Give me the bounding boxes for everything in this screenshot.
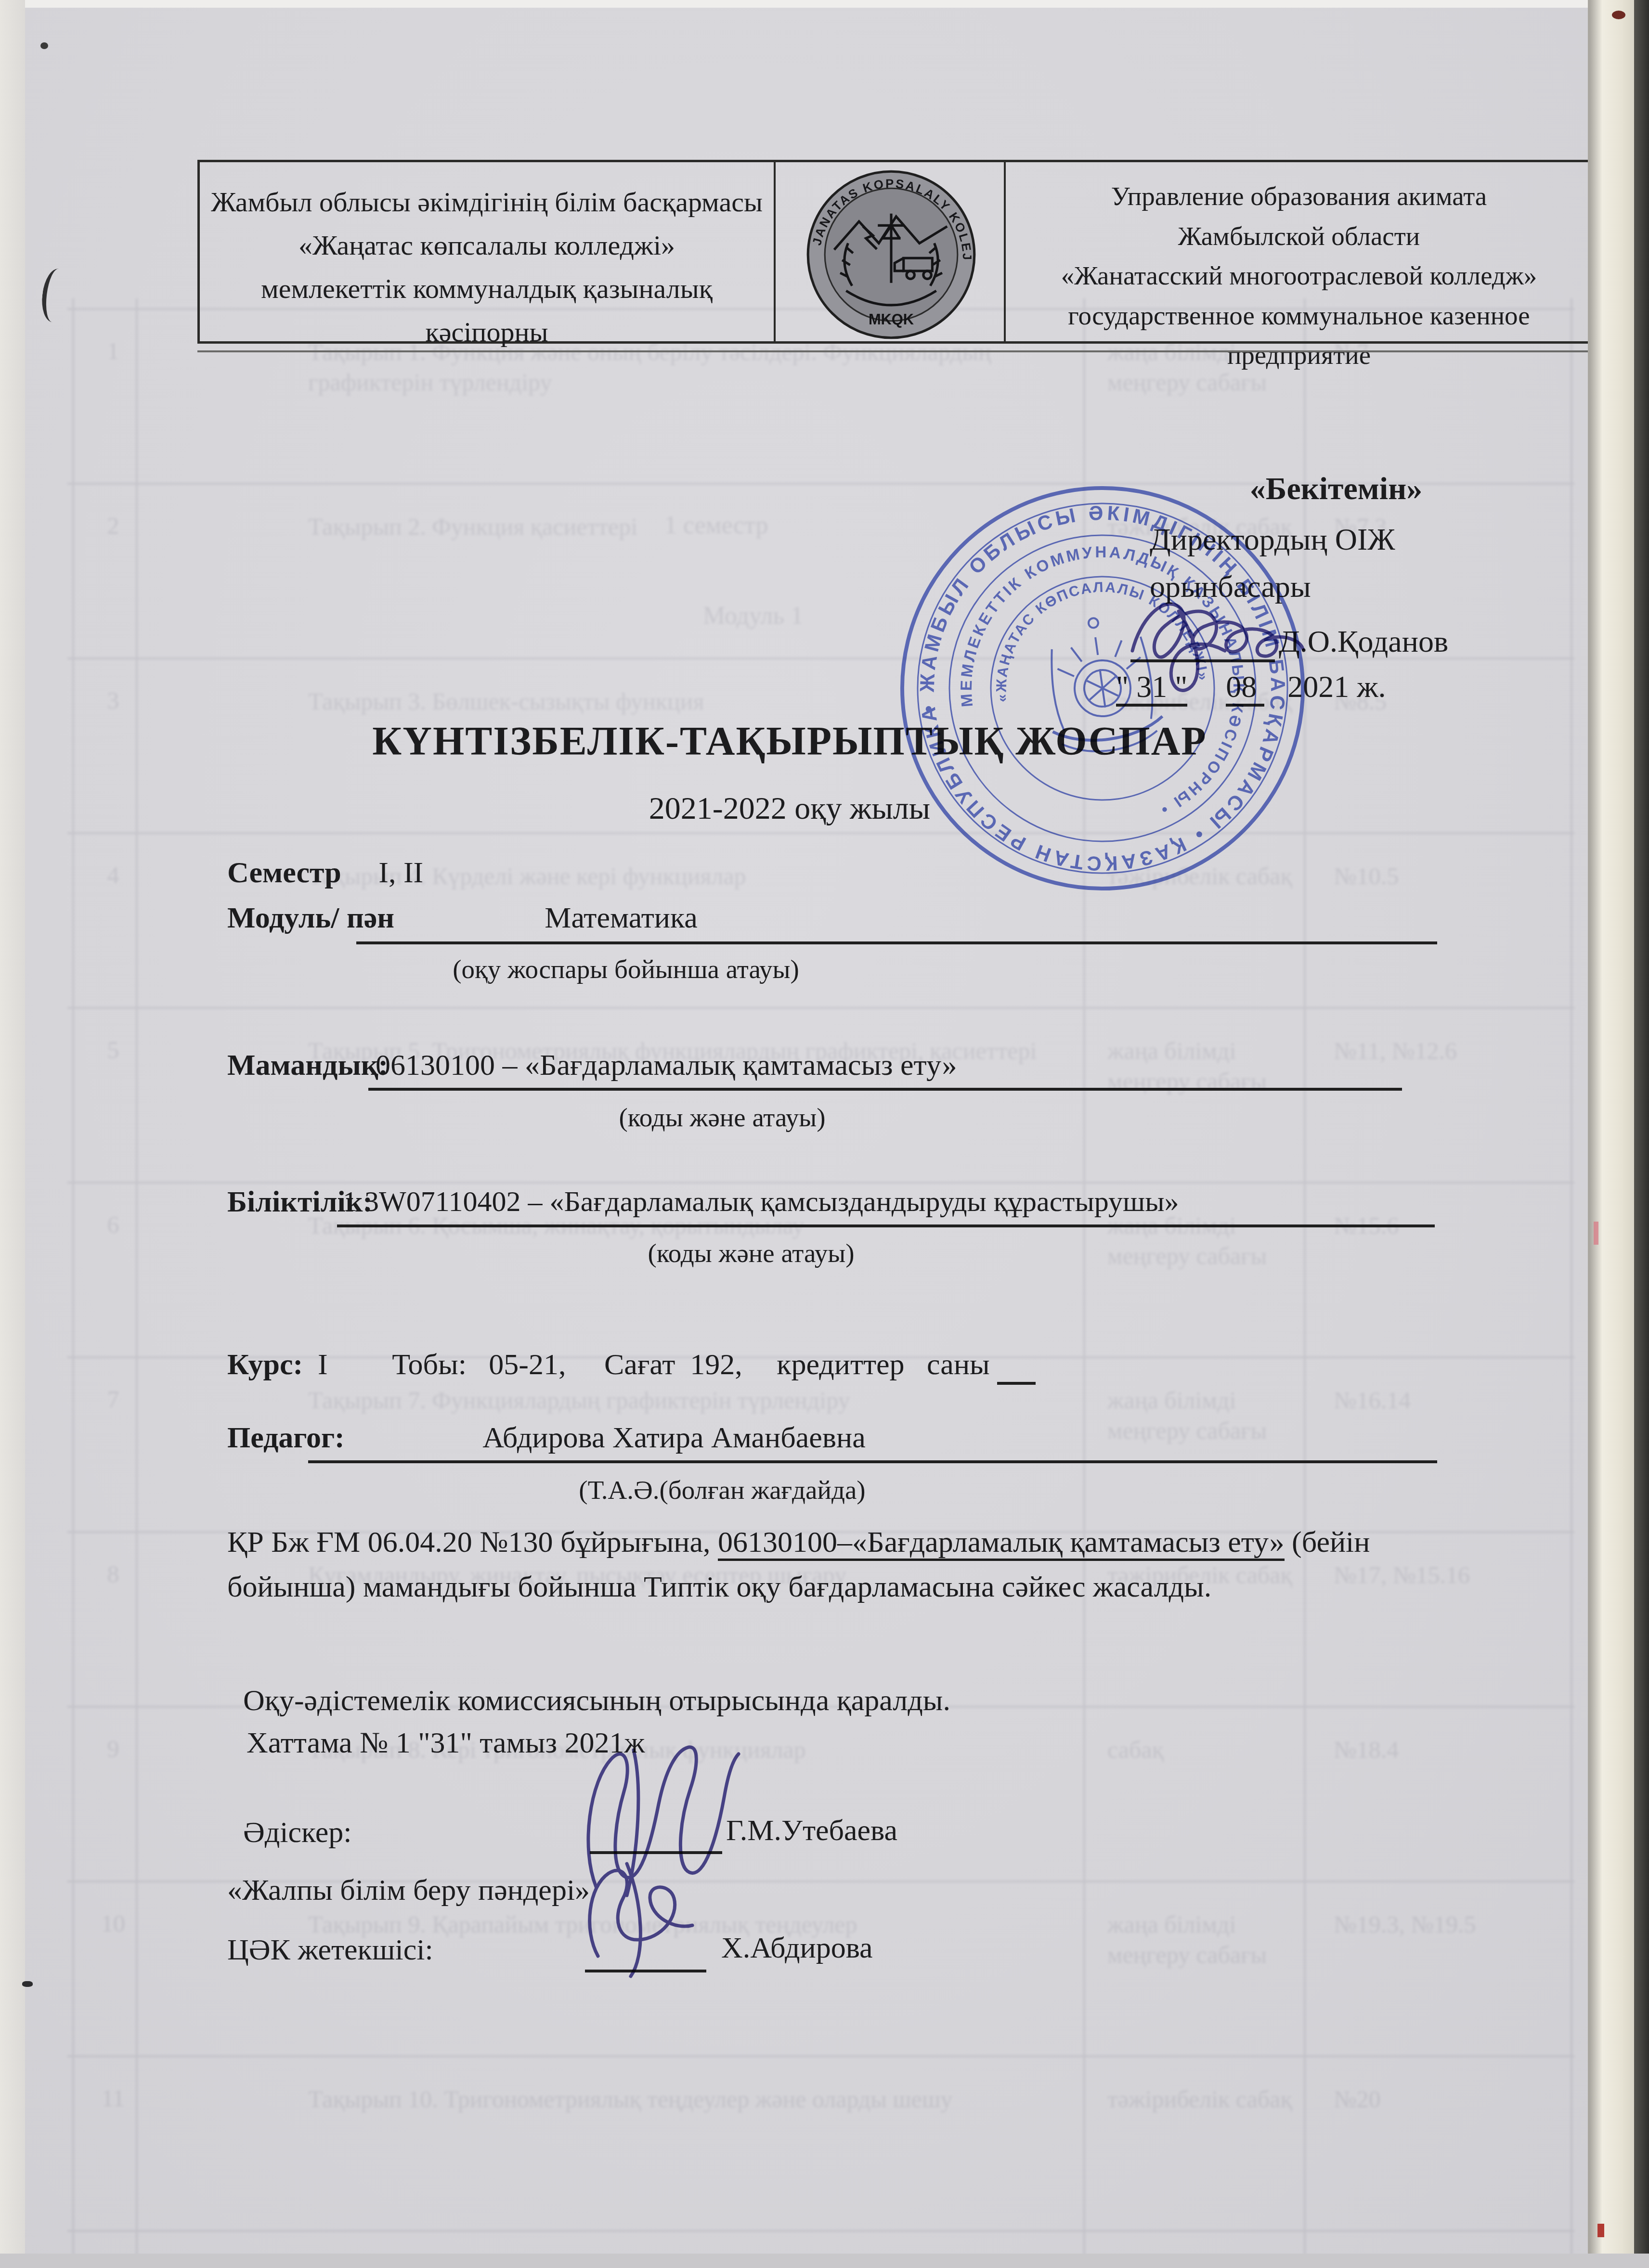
hours-label: Сағат xyxy=(604,1348,675,1381)
chair-signature-line xyxy=(585,1933,706,1972)
red-speck xyxy=(1612,11,1625,19)
date-day: " 31 " xyxy=(1116,670,1187,707)
college-seal-logo: JANATAS KOPSALALY KOLEJI MKQK xyxy=(805,168,978,341)
director-signature-line xyxy=(1130,631,1275,662)
semester-value: I, II xyxy=(378,856,423,889)
org-left-line3: мемлекеттік коммуналдық қазыналық кәсіпо… xyxy=(200,267,774,354)
scan-edge-right-dark xyxy=(1634,0,1649,2268)
ghost-season: 1 семестр xyxy=(664,511,768,540)
teacher-value: Абдирова Хатира Аманбаевна xyxy=(332,1421,1016,1455)
semester-label: Семестр xyxy=(227,856,341,889)
red-edge-mark xyxy=(1597,2224,1604,2237)
academic-year-subtitle: 2021-2022 оқу жылы xyxy=(193,790,1387,827)
table-shadow-line xyxy=(197,350,1593,352)
module-caption: (оқу жоспары бойынша атауы) xyxy=(356,954,896,984)
scan-edge-bottom xyxy=(0,2254,1649,2268)
org-right-line5: предприятие xyxy=(1008,335,1590,375)
org-right-line2: Жамбылской области xyxy=(1008,217,1590,257)
letterhead-table: Жамбыл облысы әкімдігінің білім басқарма… xyxy=(197,160,1593,344)
pen-arc-mark xyxy=(39,267,72,324)
hours-value: 192, xyxy=(690,1348,742,1381)
org-right-line3: «Жанатасский многоотраслевой колледж» xyxy=(1008,256,1590,296)
committee-line1: Оқу-әдістемелік комиссиясының отырысында… xyxy=(243,1684,950,1718)
methodist-name: Г.М.Утебаева xyxy=(726,1814,897,1848)
course-value: I xyxy=(318,1348,328,1381)
ink-speck xyxy=(40,42,48,49)
approval-date: " 31 " 08 2021 ж. xyxy=(1116,669,1386,705)
logo-bottom-text: MKQK xyxy=(869,311,914,328)
course-label: Курс: xyxy=(227,1348,303,1381)
scan-edge-top xyxy=(0,0,1649,8)
approve-word: «Бекітемін» xyxy=(1223,471,1449,507)
logo-cell: JANATAS KOPSALALY KOLEJI MKQK xyxy=(776,162,1006,341)
group-label: Тобы: xyxy=(392,1348,467,1381)
scan-edge-left xyxy=(0,0,25,2268)
org-left-line2: «Жаңатас көпсалалы колледжі» xyxy=(200,224,774,267)
basis-underlined: 06130100–«Бағдарламалық қамтамасыз ету» xyxy=(718,1526,1284,1561)
org-name-russian: Управление образования акимата Жамбылско… xyxy=(1008,162,1590,341)
basis-before: ҚР Бж ҒМ 06.04.20 №130 бұйрығына, xyxy=(227,1526,718,1559)
course-row: Курс: I Тобы: 05-21, Сағат 192, кредитте… xyxy=(227,1348,1036,1385)
approve-line2: орынбасары xyxy=(1150,569,1311,605)
committee-line2: Хаттама № 1 "31" тамыз 2021ж xyxy=(247,1726,645,1760)
org-right-line1: Управление образования акимата xyxy=(1008,177,1590,217)
group-value: 05-21, xyxy=(489,1348,566,1381)
specialty-caption: (коды және атауы) xyxy=(409,1102,1035,1133)
module-value: Математика xyxy=(356,901,886,935)
qualification-caption: (коды және атауы) xyxy=(433,1238,1069,1268)
org-name-kazakh: Жамбыл облысы әкімдігінің білім басқарма… xyxy=(200,162,776,341)
chair-label: ЦӘК жетекшісі: xyxy=(227,1933,433,1967)
department-name: «Жалпы білім беру пәндері» xyxy=(227,1873,590,1907)
methodist-signature-line xyxy=(590,1816,722,1854)
basis-paragraph: ҚР Бж ҒМ 06.04.20 №130 бұйрығына, 061301… xyxy=(227,1520,1443,1610)
chair-name: Х.Абдирова xyxy=(721,1931,873,1965)
date-month: 08 xyxy=(1226,670,1264,707)
org-right-line4: государственное коммунальное казенное xyxy=(1008,296,1590,336)
scan-edge-right-paper xyxy=(1588,0,1637,2268)
date-year: 2021 ж. xyxy=(1287,670,1386,704)
semester-row: Семестр I, II xyxy=(227,856,423,890)
qualification-value: 1 3W07110402 – «Бағдарламалық қамсызданд… xyxy=(343,1185,1179,1218)
director-name: Д.О.Қоданов xyxy=(1279,624,1448,659)
approve-line1: Директордың ОІЖ xyxy=(1150,522,1395,557)
teacher-caption: (Т.А.Ә.(болған жағдайда) xyxy=(385,1475,1059,1505)
credits-blank xyxy=(997,1348,1036,1385)
ghost-module: Модуль 1 xyxy=(703,602,803,630)
methodist-label: Әдіскер: xyxy=(243,1816,351,1850)
pink-edge-mark xyxy=(1594,1222,1598,1245)
ink-speck xyxy=(22,1981,33,1987)
specialty-value: 06130100 – «Бағдарламалық қамтамасыз ету… xyxy=(376,1048,957,1082)
org-left-line1: Жамбыл облысы әкімдігінің білім басқарма… xyxy=(200,180,774,224)
specialty-label: Мамандық: xyxy=(227,1048,388,1082)
scanned-page: 1 семестр Модуль 1 1Тақырып 1. Функция ж… xyxy=(0,0,1649,2268)
document-title: КҮНТІЗБЕЛІК-ТАҚЫРЫПТЫҚ ЖОСПАР xyxy=(193,718,1387,765)
credits-label: кредиттер саны xyxy=(777,1348,989,1381)
